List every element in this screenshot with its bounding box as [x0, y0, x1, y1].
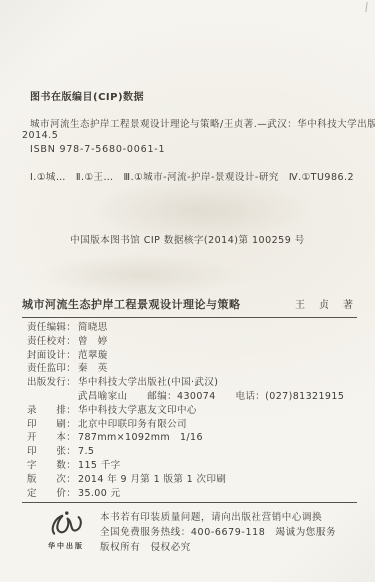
- notice-line-3: 版权所有 侵权必究: [100, 540, 336, 555]
- credit-row: 字 数： 115 千字: [27, 459, 365, 473]
- credit-row: 责任编辑： 简晓思: [27, 321, 365, 335]
- cip-entry-line1: 城市河流生态护岸工程景观设计理论与策略/王贞著.—武汉：华中科技大学出版社，: [30, 116, 375, 130]
- credit-label: 责任监印：: [27, 362, 78, 376]
- notice-line-2: 全国免费服务热线：400-6679-118 竭诚为您服务: [100, 525, 336, 540]
- credit-value: 华中科技大学惠友文印中心: [78, 404, 197, 418]
- credit-label: 开 本：: [27, 431, 78, 445]
- credit-label: 版 次：: [27, 473, 78, 487]
- credit-row: 封面设计： 范翠璇: [27, 349, 365, 363]
- credit-row: 印 刷： 北京中印联印务有限公司: [27, 418, 365, 432]
- press-logo: 华中出版: [38, 510, 94, 551]
- credit-label: 责任编辑：: [27, 321, 78, 335]
- scan-smudge: [90, 180, 310, 240]
- scan-smudge: [40, 255, 240, 295]
- divider-top: [22, 317, 357, 318]
- classification-line: Ⅰ.①城… Ⅱ.①王… Ⅲ.①城市-河流-护岸-景观设计-研究 Ⅳ.①TU986…: [30, 169, 354, 183]
- credit-label: [27, 390, 78, 404]
- credit-value: 787mm×1092mm 1/16: [78, 431, 203, 445]
- author: 王 贞 著: [295, 296, 355, 311]
- cip-header: 图书在版编目(CIP)数据: [30, 88, 144, 103]
- credit-value: 武昌喻家山 邮编：430074 电话：(027)81321915: [78, 390, 344, 404]
- credit-row: 定 价： 35.00 元: [27, 487, 365, 501]
- notice-text: 本书若有印装质量问题，请向出版社营销中心调换 全国免费服务热线：400-6679…: [100, 510, 336, 555]
- credit-value: 华中科技大学出版社(中国·武汉): [78, 376, 218, 390]
- credit-value: 115 千字: [78, 459, 121, 473]
- credit-label: 字 数：: [27, 459, 78, 473]
- credit-row: 印 张： 7.5: [27, 445, 365, 459]
- press-logo-wordmark: 华中出版: [38, 541, 94, 551]
- credit-value: 范翠璇: [78, 349, 108, 363]
- divider-bottom: [22, 502, 357, 503]
- credits-list: 责任编辑： 简晓思 责任校对： 曾 婷 封面设计： 范翠璇 责任监印： 秦 英 …: [27, 321, 365, 500]
- credit-row: 版 次： 2014 年 9 月第 1 版第 1 次印刷: [27, 473, 365, 487]
- credit-row: 责任校对： 曾 婷: [27, 335, 365, 349]
- credit-label: 出版发行：: [27, 376, 78, 390]
- cip-record-number: 中国版本图书馆 CIP 数据核字(2014)第 100259 号: [0, 232, 375, 246]
- credit-label: 印 张：: [27, 445, 78, 459]
- credit-label: 责任校对：: [27, 335, 78, 349]
- title-row: 城市河流生态护岸工程景观设计理论与策略 王 贞 著: [22, 296, 355, 312]
- notice-line-1: 本书若有印装质量问题，请向出版社营销中心调换: [100, 510, 336, 525]
- colophon-page: 图书在版编目(CIP)数据 城市河流生态护岸工程景观设计理论与策略/王贞著.—武…: [0, 0, 375, 582]
- credit-label: 定 价：: [27, 487, 78, 501]
- credit-label: 印 刷：: [27, 418, 78, 432]
- credit-value: 秦 英: [78, 362, 108, 376]
- press-logo-icon: [42, 510, 90, 540]
- credit-value: 北京中印联印务有限公司: [78, 418, 187, 432]
- credit-value: 2014 年 9 月第 1 版第 1 次印刷: [78, 473, 226, 487]
- credit-value: 简晓思: [78, 321, 108, 335]
- isbn-number: ISBN 978-7-5680-0061-1: [30, 144, 165, 155]
- credit-label: 录 排：: [27, 404, 78, 418]
- credit-row: 开 本： 787mm×1092mm 1/16: [27, 431, 365, 445]
- credit-row: 录 排： 华中科技大学惠友文印中心: [27, 404, 365, 418]
- credit-row: 出版发行： 华中科技大学出版社(中国·武汉): [27, 376, 365, 390]
- pencil-mark: [365, 2, 367, 12]
- cip-entry-line2: 2014.5: [22, 130, 58, 141]
- credit-row: 武昌喻家山 邮编：430074 电话：(027)81321915: [27, 390, 365, 404]
- credit-value: 7.5: [78, 445, 94, 459]
- credit-row: 责任监印： 秦 英: [27, 362, 365, 376]
- credit-value: 35.00 元: [78, 487, 121, 501]
- credit-label: 封面设计：: [27, 349, 78, 363]
- book-title: 城市河流生态护岸工程景观设计理论与策略: [22, 296, 241, 312]
- credit-value: 曾 婷: [78, 335, 108, 349]
